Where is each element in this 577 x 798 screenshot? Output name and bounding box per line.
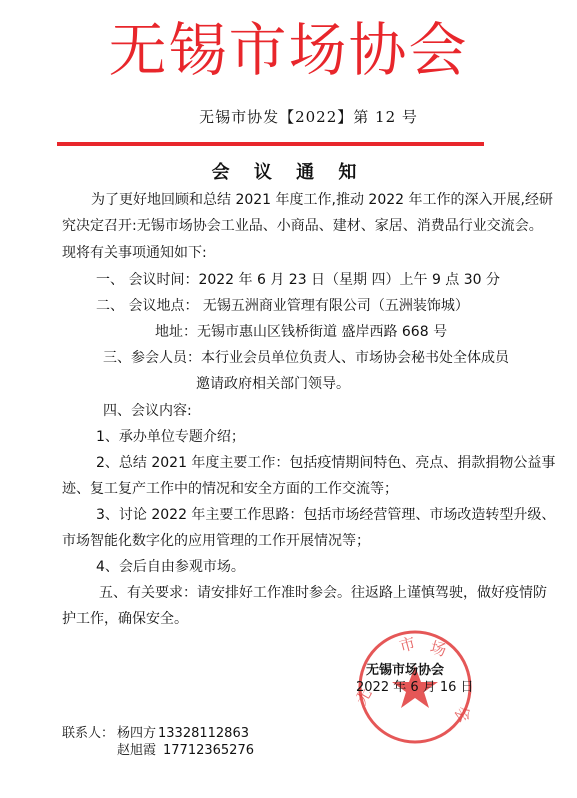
svg-text:市: 市 [397, 633, 417, 655]
content-item-4: 4、会后自由参观市场。 [96, 557, 245, 577]
attendees-line-2: 邀请政府相关部门领导。 [196, 374, 350, 394]
intro-line-2: 究决定召开:无锡市场协会工业品、小商品、建材、家居、消费品行业交流会。 [62, 216, 543, 236]
content-item-2b: 迹、复工复产工作中的情况和安全方面的工作交流等； [62, 479, 398, 499]
contact-2-phone: 17712365276 [163, 741, 254, 761]
intro-line-1: 为了更好地回顾和总结 2021 年度工作,推动 2022 年工作的深入开展,经研 [91, 190, 553, 210]
content-item-1: 1、承办单位专题介绍； [96, 427, 245, 447]
requirements-b: 护工作，确保安全。 [62, 609, 188, 629]
svg-text:场: 场 [428, 638, 448, 660]
document-number: 无锡市协发【2022】第 12 号 [0, 106, 577, 127]
contact-2-name: 赵旭霞 [117, 741, 156, 761]
requirements-a: 五、有关要求：请安排好工作准时参会。往返路上谨慎驾驶，做好疫情防 [99, 583, 547, 603]
contacts-label: 联系人： [62, 724, 114, 744]
content-item-3a: 3、讨论 2022 年主要工作思路：包括市场经营管理、市场改造转型升级、 [96, 505, 555, 525]
content-heading: 四、会议内容: [103, 401, 192, 421]
attendees-line-1: 三、参会人员：本行业会员单位负责人、市场协会秘书处全体成员 [103, 348, 509, 368]
content-item-3b: 市场智能化数字化的应用管理的工作开展情况等； [62, 531, 370, 551]
signature-date: 2022 年 6 月 16 日 [356, 676, 474, 695]
content-item-2a: 2、总结 2021 年度主要工作：包括疫情期间特色、亮点、捐款捐物公益事 [96, 453, 555, 473]
meeting-address: 地址：无锡市惠山区钱桥街道 盛岸西路 668 号 [155, 322, 447, 342]
red-divider [57, 142, 484, 146]
meeting-location: 二、 会议地点： 无锡五洲商业管理有限公司（五洲装饰城） [96, 296, 469, 316]
letterhead-title: 无锡市场协会 [0, 14, 577, 86]
meeting-time: 一、 会议时间：2022 年 6 月 23 日（星期 四）上午 9 点 30 分 [96, 270, 500, 290]
notice-title: 会 议 通 知 [0, 158, 577, 184]
svg-text:会: 会 [451, 703, 474, 726]
intro-line-3: 现将有关事项通知如下: [62, 243, 207, 263]
